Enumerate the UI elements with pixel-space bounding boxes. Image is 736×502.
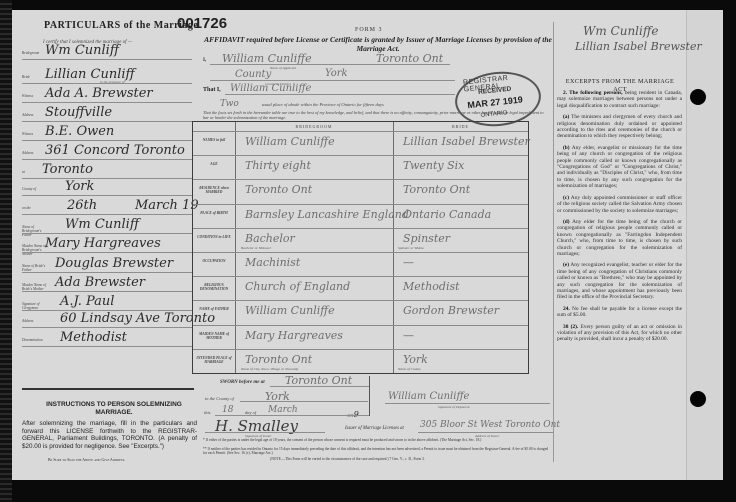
groom-value: Toronto Ont (245, 183, 312, 196)
groom-value: Machinist (245, 256, 300, 269)
row-label: MAIDEN NAME of MOTHER (193, 332, 235, 340)
field-label: Address (22, 113, 46, 117)
bride-value: York (403, 353, 428, 366)
excerpt-paragraph: (e) Any recognized evangelist, teacher o… (557, 262, 682, 300)
field-label: County of (22, 187, 46, 191)
county-label: in the County of (205, 396, 234, 401)
field-value: Douglas Brewster (55, 256, 173, 271)
field-value: March 19 (135, 198, 199, 213)
field-label: Bride (22, 75, 46, 79)
residence-text: usual place of abode within the Province… (262, 102, 384, 107)
field-label: Maiden Name of Bridegroom's Mother (22, 244, 46, 256)
header-bridegroom: BRIDEGROOM (235, 122, 393, 131)
groom-value: Thirty eight (245, 159, 311, 172)
groom-value: Bachelor (245, 232, 295, 245)
bride-value: Lillian Isabel Brewster (403, 135, 530, 148)
this-label: this (204, 410, 211, 415)
issuer-address: 305 Bloor St West Toronto Ont (420, 420, 560, 430)
groom-value: Toronto Ont (245, 353, 312, 366)
annotation-groom: Wm Cunliffe (583, 24, 658, 38)
field-label: Signature of Clergyman (22, 302, 46, 310)
excerpt-paragraph: (d) Any elder for the time being of the … (557, 219, 682, 257)
affidavit-county: County (235, 69, 271, 80)
row-label: INTENDED PLACE of MARRIAGE (193, 356, 235, 364)
bride-value: — (403, 329, 414, 342)
sworn-day: 18 (222, 405, 233, 415)
footnote-1: * If either of the parties is under the … (203, 438, 553, 442)
row-label: NAME of FATHER (193, 307, 235, 311)
groom-value: Barnsley Lancashire England (245, 208, 409, 221)
field-label: on the (22, 206, 46, 210)
row-label: AGE (193, 162, 235, 166)
field-value: Stouffville (45, 105, 112, 120)
field-label: Witness (22, 94, 46, 98)
field-label: Address (22, 151, 46, 155)
footnote-3: (NOTE.—This Form will be varied to the c… (270, 457, 520, 461)
instructions-footer: Be Sure to Sign the Above and Give Addre… (48, 458, 125, 462)
field-label: Name of Bridegroom's Father (22, 225, 46, 237)
field-value: Wm Cunliff (65, 217, 139, 232)
punch-hole-top (690, 89, 706, 105)
excerpt-paragraph: (a) The ministers and clergymen of every… (557, 114, 682, 140)
form-label: FORM 3 (355, 27, 383, 33)
field-value: Wm Cunliff (45, 43, 119, 58)
excerpt-paragraph: (b) Any elder, evangelist or missionary … (557, 145, 682, 190)
that-i-label: That I, (203, 87, 221, 93)
residence-period: Two (220, 99, 239, 109)
affidavit-heading: AFFIDAVIT required before License or Cer… (203, 35, 553, 53)
header-bride: BRIDE (393, 122, 528, 131)
excerpt-paragraph: 24. No fee shall be payable for a licens… (557, 306, 682, 319)
excerpt-paragraph: 2. The following persons, being resident… (557, 90, 682, 109)
excerpts-text: 2. The following persons, being resident… (557, 90, 682, 348)
sworn-label: SWORN before me at (220, 380, 265, 385)
bride-value: Ontario Canada (403, 208, 491, 221)
instructions-body: After solemnizing the marriage, fill in … (22, 420, 197, 450)
row-label: OCCUPATION (193, 259, 235, 263)
row-label: RESIDENCE when MARRIED (193, 186, 235, 194)
field-value: Toronto (42, 162, 93, 177)
field-label: Name of Bride's Father (22, 264, 46, 272)
film-edge (0, 0, 12, 502)
groom-value: William Cunliffe (245, 304, 335, 317)
punch-hole-bottom (690, 391, 706, 407)
deponent-signature: William Cunliffe (388, 391, 469, 402)
instructions-title: INSTRUCTIONS TO PERSON SOLEMNIZING MARRI… (30, 401, 198, 417)
bride-value: — (403, 256, 414, 269)
field-value: Ada Brewster (55, 275, 145, 290)
field-label: Witness (22, 132, 46, 136)
field-value: 26th (67, 198, 97, 213)
issuer-address-prefix: Issuer of Marriage Licenses at (345, 426, 404, 431)
excerpt-paragraph: (c) Any duly appointed commissioner or s… (557, 195, 682, 214)
bride-value: Gordon Brewster (403, 304, 499, 317)
field-label: Address (22, 319, 46, 323)
field-label: Bridegroom (22, 51, 46, 55)
bride-value: Methodist (403, 280, 460, 293)
groom-value: William Cunliffe (245, 135, 335, 148)
field-value: A.J. Paul (60, 294, 114, 309)
affidavit-county-of: York (325, 68, 348, 79)
field-label: Denomination (22, 338, 46, 342)
field-value: Mary Hargreaves (45, 236, 161, 251)
form-number: 001726 (177, 15, 227, 32)
field-value: 361 Concord Toronto (45, 143, 185, 158)
row-label: NAMES in full (193, 138, 235, 142)
that-i-name: William Cunliffe (230, 83, 311, 94)
excerpt-paragraph: 38 (2). Every person guilty of an act or… (557, 324, 682, 343)
bride-value: Spinster (403, 232, 450, 245)
footnote-2: ** If neither of the parties has resided… (203, 447, 553, 456)
groom-value: Mary Hargreaves (245, 329, 343, 342)
particulars-table: BRIDEGROOM BRIDE NAMES in fullWilliam Cu… (192, 121, 529, 374)
field-label: Maiden Name of Bride's Mother (22, 283, 46, 291)
row-label: PLACE of BIRTH (193, 211, 235, 215)
annotation-bride: Lillian Isabel Brewster (575, 40, 702, 53)
field-value: York (65, 179, 94, 194)
document-margin (686, 10, 723, 480)
bride-value: Toronto Ont (403, 183, 470, 196)
row-label: RELIGIOUS DENOMINATION (193, 283, 235, 291)
row-label: CONDITION in LIFE (193, 235, 235, 239)
particulars-title: PARTICULARS of the Marriage (44, 20, 198, 31)
bride-value: Twenty Six (403, 159, 464, 172)
groom-value: Church of England (245, 280, 350, 293)
field-value: B.E. Owen (45, 124, 114, 139)
sworn-month: March (268, 405, 298, 415)
field-value: Methodist (60, 330, 127, 345)
field-value: Ada A. Brewster (45, 86, 153, 101)
